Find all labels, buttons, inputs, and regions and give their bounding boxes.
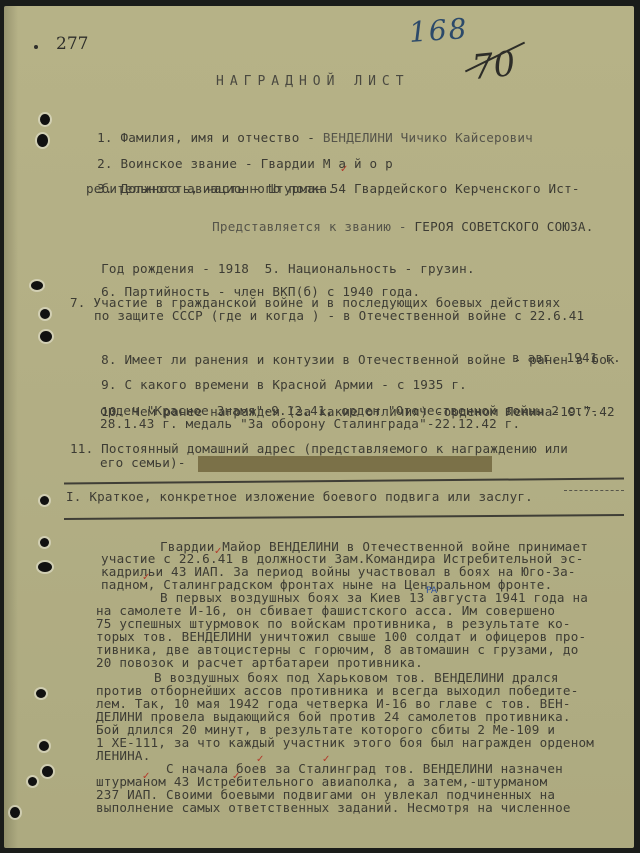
punch-hole: [39, 741, 49, 751]
divider-line: [64, 514, 624, 520]
sheet-number: 277: [56, 34, 88, 54]
red-check-mark: ✓: [232, 771, 240, 782]
punch-hole: [40, 114, 50, 125]
field-war-participation-value: по защите СССР (где и когда ) - в Отечес…: [94, 309, 584, 323]
punch-hole: [37, 134, 48, 147]
narrative-line: ЛЕНИНА.: [96, 749, 150, 763]
field-wounds-cont: в авг. 1941 г.: [512, 351, 621, 365]
red-check-mark: ✓: [142, 572, 150, 583]
field-home-address-cont: его семьи)-: [100, 456, 186, 470]
punch-hole: [40, 309, 50, 319]
field-position-unit-cont: ребительного авиационного полка.: [86, 182, 335, 196]
blue-annotation: PA: [426, 586, 437, 596]
dashed-line: [564, 490, 624, 491]
narrative-line: выполнение самых ответственных заданий. …: [96, 801, 571, 815]
nominated-for-title: Представляется к званию - ГЕРОЯ СОВЕТСКО…: [181, 206, 594, 248]
paper-edge-shadow: [4, 6, 18, 848]
redacted-address: [198, 456, 492, 472]
red-check-mark: ✓: [340, 164, 348, 175]
punch-hole: [40, 496, 49, 505]
handwritten-number: 168: [408, 12, 470, 49]
red-check-mark: ✓: [322, 754, 330, 765]
punch-hole: [31, 281, 43, 290]
red-check-mark: ✓: [142, 771, 150, 782]
field-label: Представляется к званию -: [212, 219, 407, 234]
section-heading: I. Краткое, конкретное изложение боевого…: [66, 490, 533, 504]
narrative-line: 20 повозок и расчет артбатареи противник…: [96, 656, 423, 670]
margin-dot: [34, 45, 38, 49]
punch-hole: [40, 538, 49, 547]
field-value: ГЕРОЯ СОВЕТСКОГО СОЮЗА.: [415, 219, 594, 234]
punch-hole: [40, 331, 52, 342]
punch-hole: [36, 689, 46, 698]
punch-hole: [28, 777, 37, 786]
narrative-line: 1 ХЕ-111, за что каждый участник этого б…: [96, 736, 594, 750]
divider-line: [64, 478, 624, 485]
red-check-mark: ✓: [256, 754, 264, 765]
document-title: НАГРАДНОЙ ЛИСТ: [216, 74, 410, 89]
field-home-address: 11. Постоянный домашний адрес (представл…: [70, 442, 568, 456]
red-check-mark: ✓: [214, 546, 222, 557]
punch-hole: [42, 766, 53, 777]
field-value: с 1935 г.: [397, 377, 467, 392]
punch-hole: [10, 807, 20, 818]
field-prior-awards-cont2: 28.1.43 г. медаль "За оборону Сталинград…: [100, 417, 520, 431]
award-sheet: 277 168 70 НАГРАДНОЙ ЛИСТ 1. Фамилия, им…: [4, 6, 634, 848]
field-label: 9. С какого времени в Красной Армии -: [101, 377, 389, 392]
punch-hole: [38, 562, 52, 572]
